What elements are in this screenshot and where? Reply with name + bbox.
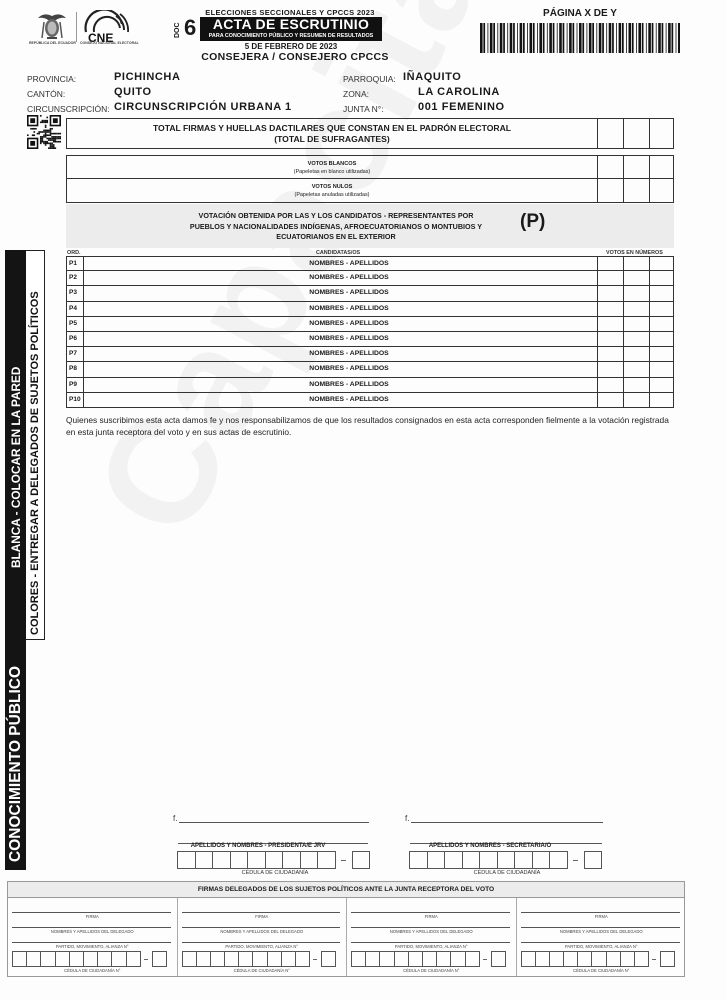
id-digit-box[interactable] [317,851,336,869]
vote-digit-2[interactable] [623,347,624,361]
delegate-name-label: NOMBRES Y APELLIDOS DEL DELEGADO [347,929,516,934]
delegate-name-label: NOMBRES Y APELLIDOS DEL DELEGADO [517,929,687,934]
delegates-section: FIRMAS DELEGADOS DE LOS SUJETOS POLÍTICO… [7,881,685,977]
delegate-name-line[interactable] [12,927,171,928]
president-role-label: APELLIDOS Y NOMBRES - PRESIDENTA/E JRV [178,843,338,849]
vote-digit-3[interactable] [649,286,650,300]
president-f-prefix: f. [173,814,177,823]
section-header: VOTACIÓN OBTENIDA POR LAS Y LOS CANDIDAT… [66,204,674,248]
id-digit-box[interactable] [549,951,564,967]
delegate-id-boxes[interactable] [182,951,336,967]
id-digit-box[interactable] [394,951,409,967]
cne-caption: CONSEJO NACIONAL ELECTORAL [80,41,139,45]
id-digit-box[interactable] [282,851,301,869]
vote-digit-1[interactable] [597,302,598,316]
blank-digit-3[interactable] [649,156,650,178]
delegate-id-boxes[interactable] [521,951,675,967]
candidate-name: NOMBRES - APELLIDOS [84,286,614,300]
delegate-id-label: CÉDULA DE CIUDADANÍA N° [178,968,347,973]
delegate-firma-label: FIRMA [347,914,516,919]
delegate-party-label: PARTIDO, MOVIMIENTO, ALIANZA N° [517,944,687,949]
id-digit-box[interactable] [265,851,284,869]
canton-value: QUITO [114,86,152,98]
id-digit-box[interactable] [606,951,621,967]
vote-digit-2[interactable] [623,286,624,300]
secretary-f-prefix: f. [405,814,409,823]
qr-code-icon [27,115,61,149]
id-digit-box[interactable] [230,851,249,869]
id-digit-box[interactable] [238,951,253,967]
vote-digit-1[interactable] [597,332,598,346]
total-voters-label: TOTAL FIRMAS Y HUELLAS DACTILARES QUE CO… [67,123,597,145]
candidate-name: NOMBRES - APELLIDOS [84,317,614,331]
id-digit-box[interactable] [351,951,366,967]
delegate-signature-line[interactable] [521,912,681,913]
table-row: P4NOMBRES - APELLIDOS [66,302,674,317]
candidate-ord: P2 [67,271,84,285]
id-digit-box[interactable] [549,851,568,869]
id-check-digit-box[interactable] [321,951,336,967]
candidate-ord: P9 [67,378,84,392]
id-digit-box[interactable] [532,851,551,869]
id-digit-box[interactable] [177,851,196,869]
id-digit-box[interactable] [55,951,70,967]
candidate-name: NOMBRES - APELLIDOS [84,378,614,392]
delegate-id-label: CÉDULA DE CIUDADANÍA N° [517,968,687,973]
vote-digit-2[interactable] [623,317,624,331]
vote-digit-2[interactable] [623,257,624,270]
vote-digit-2[interactable] [623,393,624,407]
delegate-party-line[interactable] [521,942,681,943]
id-digit-box[interactable] [563,951,578,967]
id-digit-box[interactable] [252,951,267,967]
vote-digit-1[interactable] [597,271,598,285]
delegate-name-line[interactable] [521,927,681,928]
strip-top-text: BLANCA - COLOCAR EN LA PARED [9,367,23,568]
secretary-role-label: APELLIDOS Y NOMBRES - SECRETARIA/O [410,843,570,849]
table-row: P3NOMBRES - APELLIDOS [66,286,674,301]
id-digit-box[interactable] [281,951,296,967]
president-signature-line[interactable] [179,822,369,823]
vote-digit-1[interactable] [597,347,598,361]
id-check-digit-box[interactable] [584,851,603,869]
delegate-name-label: NOMBRES Y APELLIDOS DEL DELEGADO [8,929,177,934]
candidate-name: NOMBRES - APELLIDOS [84,271,614,285]
id-digit-box[interactable] [224,951,239,967]
barcode-icon [480,23,680,53]
candidate-ord: P1 [67,257,84,270]
candidate-ord: P4 [67,302,84,316]
id-digit-box[interactable] [195,851,214,869]
provincia-label: PROVINCIA: [27,74,76,84]
president-id-boxes[interactable] [177,851,369,869]
id-digit-box[interactable] [12,951,27,967]
vote-digit-2[interactable] [623,302,624,316]
id-check-digit-box[interactable] [491,951,506,967]
delegate-party-label: PARTIDO, MOVIMIENTO, ALIANZA N° [347,944,516,949]
id-digit-box[interactable] [26,951,41,967]
id-digit-box[interactable] [620,951,635,967]
table-row: P2NOMBRES - APELLIDOS [66,271,674,286]
candidate-name: NOMBRES - APELLIDOS [84,302,614,316]
table-row: P7NOMBRES - APELLIDOS [66,347,674,362]
delegate-column: FIRMANOMBRES Y APELLIDOS DEL DELEGADOPAR… [517,898,687,976]
id-digit-box[interactable] [497,851,516,869]
secretary-id-boxes[interactable] [409,851,601,869]
id-dash [652,959,656,960]
role-title: CONSEJERA / CONSEJERO CPCCS [190,51,400,63]
id-digit-box[interactable] [379,951,394,967]
delegate-party-label: PARTIDO, MOVIMIENTO, ALIANZA N° [8,944,177,949]
id-dash [313,959,317,960]
id-digit-box[interactable] [634,951,649,967]
id-digit-box[interactable] [577,951,592,967]
vote-digit-3[interactable] [649,362,650,376]
candidate-ord: P5 [67,317,84,331]
declaration-text: Quienes suscribimos esta acta damos fe y… [66,414,676,438]
strip-colors-text: COLORES - ENTREGAR A DELEGADOS DE SUJETO… [29,291,41,635]
table-row: P9NOMBRES - APELLIDOS [66,378,674,393]
id-digit-box[interactable] [409,851,428,869]
colors-strip: COLORES - ENTREGAR A DELEGADOS DE SUJETO… [26,250,45,640]
id-digit-box[interactable] [300,851,319,869]
table-row: P10NOMBRES - APELLIDOS [66,393,674,408]
delegate-firma-label: FIRMA [178,914,347,919]
candidate-name: NOMBRES - APELLIDOS [84,393,614,407]
logo-divider [76,12,77,42]
id-digit-box[interactable] [267,951,282,967]
canton-label: CANTÓN: [27,89,65,99]
vote-digit-3[interactable] [649,302,650,316]
vote-digit-2[interactable] [623,332,624,346]
candidate-name: NOMBRES - APELLIDOS [84,257,614,271]
president-id-label: CÉDULA DE CIUDADANÍA [177,870,373,876]
vote-digit-3[interactable] [649,393,650,407]
id-check-digit-box[interactable] [152,951,167,967]
blank-digit-1[interactable] [597,156,598,178]
vote-digit-3[interactable] [649,317,650,331]
junta-label: JUNTA N°: [343,104,384,114]
null-votes-label: VOTOS NULOS (Papeletas anuladas utilizad… [67,184,597,199]
blank-votes-label: VOTOS BLANCOS (Papeletas en blanco utili… [67,161,597,176]
ecuador-caption: REPÚBLICA DEL ECUADOR [29,41,76,45]
circunscripcion-label: CIRCUNSCRIPCIÓN: [27,104,110,114]
vote-digit-3[interactable] [649,347,650,361]
null-digit-1[interactable] [597,178,598,202]
id-digit-box[interactable] [295,951,310,967]
delegate-party-line[interactable] [12,942,171,943]
vote-digit-2[interactable] [623,362,624,376]
candidate-ord: P3 [67,286,84,300]
secretary-signature-line[interactable] [411,822,603,823]
delegate-party-label: PARTIDO, MOVIMIENTO, ALIANZA N° [178,944,347,949]
delegate-firma-label: FIRMA [517,914,687,919]
delegate-party-line[interactable] [182,942,341,943]
id-digit-box[interactable] [479,851,498,869]
junta-value: 001 FEMENINO [418,101,505,113]
vote-digit-1[interactable] [597,378,598,392]
table-row: P8NOMBRES - APELLIDOS [66,362,674,377]
secretary-id-label: CÉDULA DE CIUDADANÍA [409,870,605,876]
circunscripcion-value: CIRCUNSCRIPCIÓN URBANA 1 [114,101,292,113]
id-check-digit-box[interactable] [352,851,371,869]
total-digit-1[interactable] [597,119,623,148]
id-digit-box[interactable] [97,951,112,967]
id-digit-box[interactable] [69,951,84,967]
total-digit-3[interactable] [649,119,674,148]
delegate-id-label: CÉDULA DE CIUDADANÍA N° [347,968,516,973]
vote-digit-1[interactable] [597,393,598,407]
zona-label: ZONA: [343,89,369,99]
vote-digit-2[interactable] [623,378,624,392]
candidate-ord: P8 [67,362,84,376]
id-digit-box[interactable] [182,951,197,967]
id-digit-box[interactable] [40,951,55,967]
id-digit-box[interactable] [408,951,423,967]
delegates-title: FIRMAS DELEGADOS DE LOS SUJETOS POLÍTICO… [8,882,684,898]
doc-label: DOC [174,19,183,41]
id-digit-box[interactable] [535,951,550,967]
total-digit-2[interactable] [623,119,649,148]
id-dash [144,959,148,960]
id-dash [341,860,346,861]
candidate-name: NOMBRES - APELLIDOS [84,332,614,346]
candidate-ord: P6 [67,332,84,346]
candidates-table: P1NOMBRES - APELLIDOSP2NOMBRES - APELLID… [66,256,674,408]
id-dash [483,959,487,960]
null-votes-box: VOTOS NULOS (Papeletas anuladas utilizad… [66,178,674,203]
id-digit-box[interactable] [210,951,225,967]
provincia-value: PICHINCHA [114,71,181,83]
delegate-id-boxes[interactable] [12,951,166,967]
id-digit-box[interactable] [126,951,141,967]
blank-votes-box: VOTOS BLANCOS (Papeletas en blanco utili… [66,155,674,179]
zona-value: LA CAROLINA [418,86,500,98]
delegate-signature-line[interactable] [182,912,341,913]
null-digit-2[interactable] [623,178,624,202]
id-digit-box[interactable] [444,851,463,869]
delegate-signature-line[interactable] [351,912,510,913]
delegate-signature-line[interactable] [12,912,171,913]
null-digit-3[interactable] [649,178,650,202]
vote-digit-3[interactable] [649,332,650,346]
strip-main-text: CONOCIMIENTO PÚBLICO [7,666,25,862]
id-digit-box[interactable] [427,851,446,869]
acta-title-box: ACTA DE ESCRUTINIO PARA CONOCIMIENTO PÚB… [200,17,382,41]
id-digit-box[interactable] [212,851,231,869]
public-knowledge-strip: CONOCIMIENTO PÚBLICO BLANCA - COLOCAR EN… [5,250,26,870]
id-digit-box[interactable] [196,951,211,967]
acta-subtitle: PARA CONOCIMIENTO PÚBLICO Y RESUMEN DE R… [200,32,382,40]
id-check-digit-box[interactable] [660,951,675,967]
doc-number: 6 [184,16,196,40]
vote-digit-3[interactable] [649,271,650,285]
table-row: P5NOMBRES - APELLIDOS [66,317,674,332]
candidate-name: NOMBRES - APELLIDOS [84,362,614,376]
vote-digit-1[interactable] [597,286,598,300]
parroquia-label: PARROQUIA: [343,74,396,84]
id-digit-box[interactable] [465,951,480,967]
id-digit-box[interactable] [422,951,437,967]
delegate-id-label: CÉDULA DE CIUDADANÍA N° [8,968,177,973]
id-digit-box[interactable] [365,951,380,967]
id-digit-box[interactable] [247,851,266,869]
acta-title: ACTA DE ESCRUTINIO [200,17,382,32]
election-date: 5 DE FEBRERO DE 2023 [200,42,382,51]
candidate-ord: P10 [67,393,84,407]
page-indicator: PÁGINA X DE Y [480,8,680,19]
table-row: P1NOMBRES - APELLIDOS [66,256,674,271]
vote-digit-3[interactable] [649,378,650,392]
id-digit-box[interactable] [462,851,481,869]
delegate-party-line[interactable] [351,942,510,943]
id-digit-box[interactable] [450,951,465,967]
delegate-column: FIRMANOMBRES Y APELLIDOS DEL DELEGADOPAR… [347,898,517,976]
total-voters-box: TOTAL FIRMAS Y HUELLAS DACTILARES QUE CO… [66,118,674,149]
candidate-name: NOMBRES - APELLIDOS [84,347,614,361]
vote-digit-1[interactable] [597,362,598,376]
id-digit-box[interactable] [436,951,451,967]
id-digit-box[interactable] [514,851,533,869]
section-code: (P) [520,211,545,233]
vote-digit-1[interactable] [597,317,598,331]
candidate-ord: P7 [67,347,84,361]
delegate-name-line[interactable] [351,927,510,928]
delegate-column: FIRMANOMBRES Y APELLIDOS DEL DELEGADOPAR… [178,898,348,976]
blank-digit-2[interactable] [623,156,624,178]
delegate-name-label: NOMBRES Y APELLIDOS DEL DELEGADO [178,929,347,934]
delegate-firma-label: FIRMA [8,914,177,919]
delegate-column: FIRMANOMBRES Y APELLIDOS DEL DELEGADOPAR… [8,898,178,976]
parroquia-value: IÑAQUITO [403,71,461,83]
id-digit-box[interactable] [591,951,606,967]
vote-digit-2[interactable] [623,271,624,285]
delegate-name-line[interactable] [182,927,341,928]
id-digit-box[interactable] [521,951,536,967]
id-dash [573,860,578,861]
id-digit-box[interactable] [111,951,126,967]
table-row: P6NOMBRES - APELLIDOS [66,332,674,347]
delegate-id-boxes[interactable] [351,951,505,967]
vote-digit-3[interactable] [649,257,650,270]
vote-digit-1[interactable] [597,257,598,270]
id-digit-box[interactable] [83,951,98,967]
